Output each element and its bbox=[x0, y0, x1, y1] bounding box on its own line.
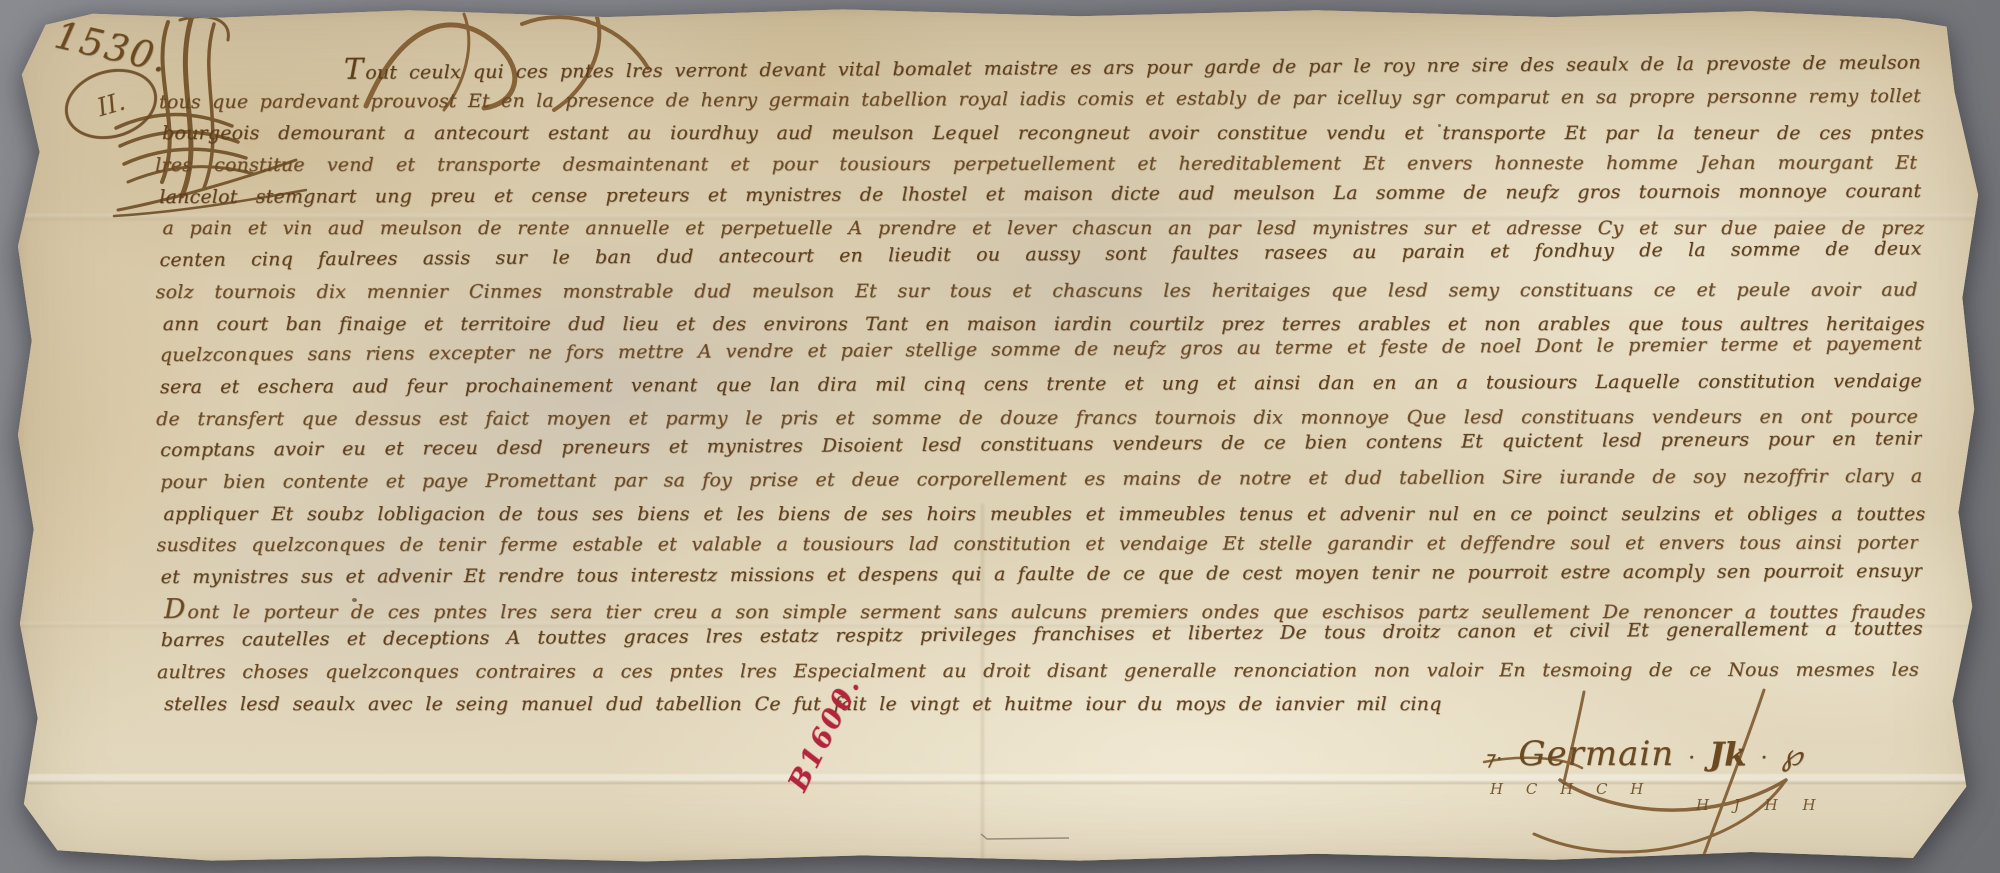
signature-left-marks: ⁊· bbox=[1484, 746, 1504, 770]
signature-name: Germain bbox=[1518, 734, 1674, 774]
manuscript-line: solz tournois dix mennier Cinmes monstra… bbox=[156, 274, 1918, 308]
signature-under-marks-left: H C H C H bbox=[1490, 780, 1652, 798]
manuscript-line: et mynistres sus et advenir Et rendre to… bbox=[161, 556, 1923, 594]
signature-monogram: Jk bbox=[1709, 735, 1746, 773]
signature-row: ⁊· Germain · Jk · ℘ bbox=[1484, 734, 1954, 774]
signature-dot: · bbox=[1688, 746, 1695, 771]
photograph-of-charter: 1530. II. bbox=[0, 0, 2000, 873]
manuscript-lines: Tout ceulx qui ces pntes lres verront de… bbox=[159, 49, 1923, 721]
parchment-sheet: 1530. II. bbox=[14, 6, 1988, 864]
manuscript-line: pour bien contente et paye Promettant pa… bbox=[160, 461, 1922, 499]
photo-background: { "photo": { "background_color": "#7c7d8… bbox=[0, 0, 2000, 873]
item-number: II. bbox=[94, 86, 129, 122]
signature-end-flourish: ℘ bbox=[1781, 738, 1802, 773]
signature-dot: · bbox=[1760, 746, 1767, 771]
manuscript-line: appliquer Et soubz lobligacion de tous s… bbox=[163, 499, 1925, 531]
signature-block: ⁊· Germain · Jk · ℘ H C H C H H J H H bbox=[1484, 684, 1954, 869]
manuscript-line: Tout ceulx qui ces pntes lres verront de… bbox=[159, 43, 1921, 86]
pencil-mark bbox=[977, 832, 1073, 841]
manuscript-line: stelles lesd seaulx avec le seing manuel… bbox=[164, 689, 1441, 721]
manuscript-line: sera et eschera aud feur prochainement v… bbox=[160, 366, 1922, 404]
manuscript-line: lancelot stemgnart ung preu et cense pre… bbox=[159, 176, 1921, 214]
manuscript-line: tous que pardevant prouvost Et en la pre… bbox=[159, 81, 1921, 119]
signature-under-marks-right: H J H H bbox=[1696, 796, 1826, 814]
manuscript-line: bourgeois demourant a antecourt estant a… bbox=[162, 118, 1924, 150]
signature-paraph-flourish bbox=[1464, 684, 1954, 869]
